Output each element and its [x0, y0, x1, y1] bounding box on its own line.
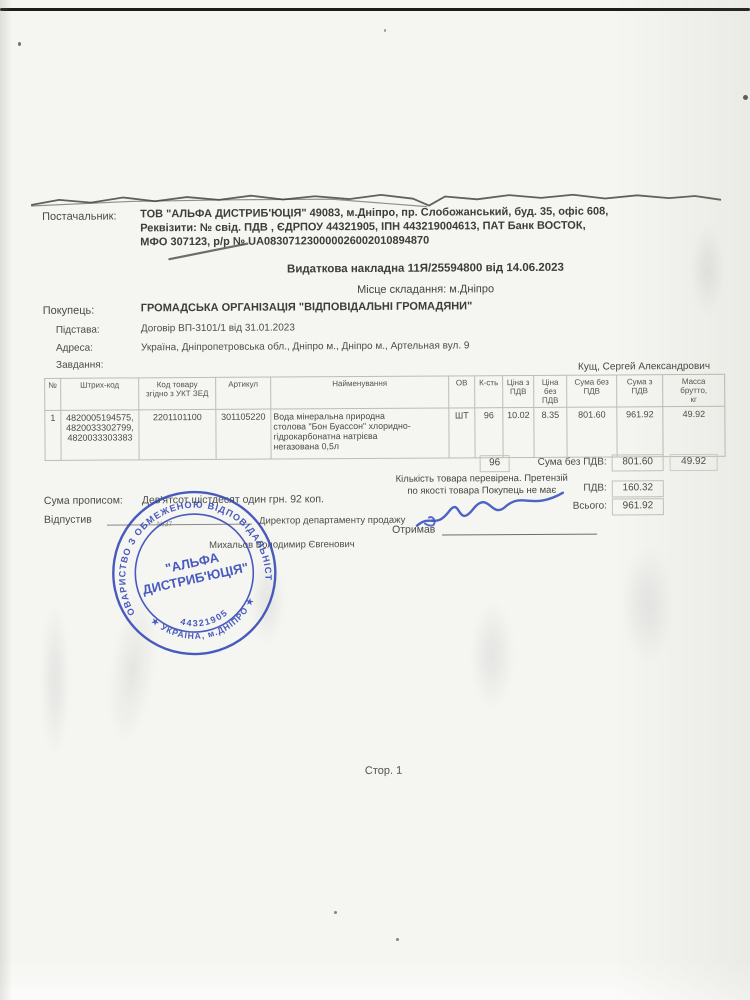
- released-label: Відпустив: [44, 514, 92, 526]
- cell-ukt: 2201101100: [139, 409, 216, 459]
- scan-speck: [18, 42, 21, 46]
- page-footer: Стор. 1: [38, 763, 728, 779]
- buyer-name: ГРОМАДСЬКА ОРГАНІЗАЦІЯ "ВІДПОВІДАЛЬНІ ГР…: [141, 299, 711, 314]
- col-article: Артикул: [216, 377, 271, 409]
- table-header-row: № Штрих-код Код товару згідно з УКТ ЗЕД …: [45, 374, 725, 410]
- cell-sum-novat: 801.60: [567, 407, 617, 457]
- supplier-line2: Реквізити: № свід. ПДВ , ЄДРПОУ 44321905…: [140, 219, 710, 234]
- cell-qty: 96: [475, 408, 503, 458]
- total-value: 961.92: [612, 498, 664, 515]
- col-name: Найменування: [271, 376, 449, 409]
- cell-sum-vat: 961.92: [617, 407, 663, 457]
- scan-edge-line: [0, 8, 750, 11]
- goods-table: № Штрих-код Код товару згідно з УКТ ЗЕД …: [44, 374, 725, 461]
- col-price-novat: Ціна без ПДВ: [534, 375, 567, 407]
- address-value: Україна, Дніпропетровська обл., Дніпро м…: [141, 339, 701, 353]
- cell-gross: 49.92: [663, 406, 725, 456]
- scan-speck: [743, 95, 748, 100]
- supplier-label: Постачальник:: [42, 211, 116, 223]
- scanned-invoice-page: Постачальник: ТОВ "АЛЬФА ДИСТРИБ'ЮЦІЯ" 4…: [0, 0, 750, 1000]
- vat-value: 160.32: [612, 480, 664, 497]
- manager-name: Кущ, Сергей Александрович: [510, 361, 710, 373]
- col-ukt: Код товару згідно з УКТ ЗЕД: [139, 377, 216, 409]
- cell-price-novat: 8.35: [534, 407, 567, 457]
- col-num: №: [45, 378, 61, 410]
- invoice-document: Постачальник: ТОВ "АЛЬФА ДИСТРИБ'ЮЦІЯ" 4…: [35, 191, 730, 995]
- buyer-label: Покупець:: [43, 305, 95, 317]
- col-barcode: Штрих-код: [61, 378, 139, 410]
- cell-unit: ШТ: [449, 408, 475, 458]
- cell-num: 1: [45, 410, 61, 460]
- pen-stroke: [165, 240, 250, 263]
- supplier-line1: ТОВ "АЛЬФА ДИСТРИБ'ЮЦІЯ" 49083, м.Дніпро…: [140, 205, 710, 220]
- subtotal-sum: 801.60: [612, 454, 664, 471]
- col-gross: Масса брутто, кг: [663, 374, 725, 406]
- col-unit: ОВ: [449, 376, 475, 408]
- address-label: Адреса:: [56, 343, 93, 354]
- subtotal-label: Сума без ПДВ:: [487, 457, 607, 469]
- invoice-place: Місце складання: м.Дніпро: [186, 282, 666, 297]
- col-sum-vat: Сума з ПДВ: [617, 375, 663, 407]
- basis-value: Договір ВП-3101/1 від 31.01.2023: [141, 322, 295, 334]
- scan-speck: [384, 29, 386, 32]
- col-price-vat: Ціна з ПДВ: [503, 375, 534, 407]
- basis-label: Підстава:: [56, 325, 100, 336]
- cell-barcodes: 4820005194575, 4820033302799, 4820033303…: [61, 410, 139, 460]
- company-stamp: ТОВАРИСТВО З ОБМЕЖЕНОЮ ВІДПОВІДАЛЬНІСТЮ …: [91, 469, 298, 676]
- cell-article: 301105220: [216, 409, 271, 459]
- released-title: Директор департаменту продажу: [259, 515, 405, 527]
- cell-price-vat: 10.02: [503, 407, 534, 457]
- col-qty: К-сть: [475, 376, 503, 408]
- signature: [405, 485, 575, 536]
- invoice-title: Видаткова накладна 11Я/25594800 від 14.0…: [185, 261, 665, 276]
- task-label: Завдання:: [56, 360, 104, 371]
- cell-name: Вода мінеральна природна столова "Бон Бу…: [271, 408, 449, 459]
- table-row: 1 4820005194575, 4820033302799, 48200333…: [45, 406, 725, 460]
- subtotal-gross: 49.92: [670, 454, 718, 471]
- col-sum-novat: Сума без ПДВ: [567, 375, 617, 407]
